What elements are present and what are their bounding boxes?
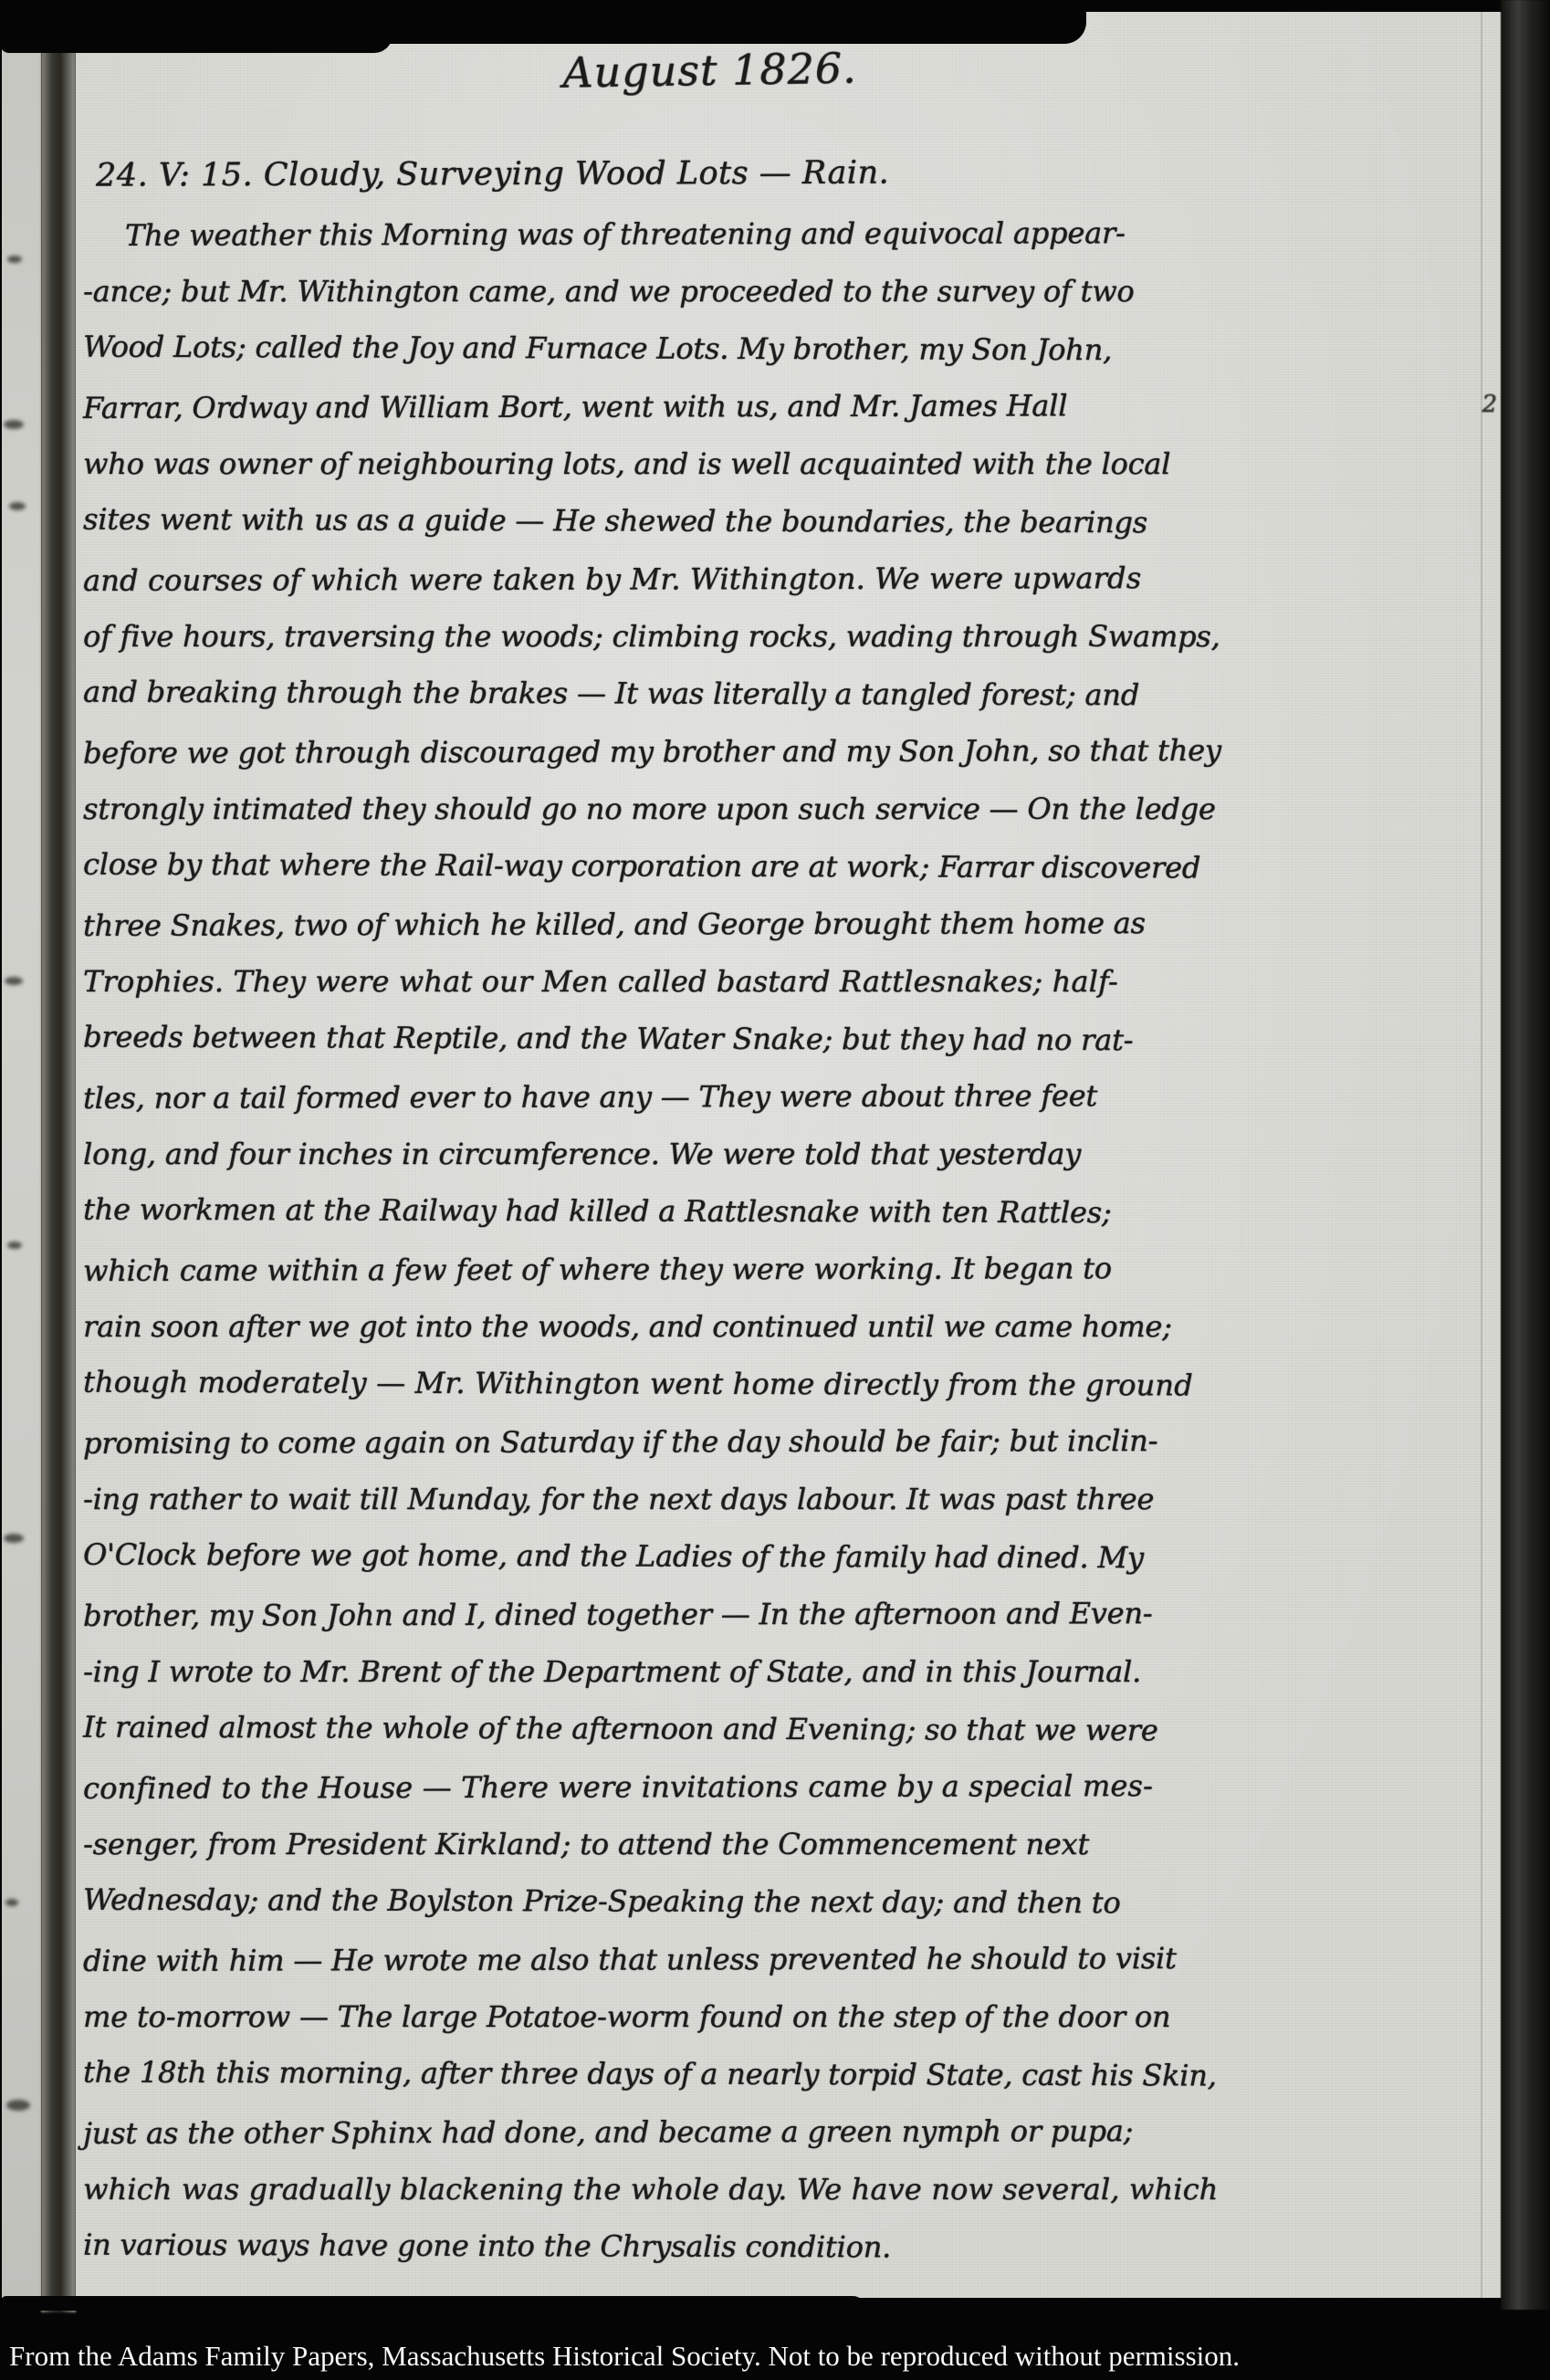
journal-line: breeds between that Reptile, and the Wat…	[83, 1009, 1497, 1071]
journal-line: rain soon after we got into the woods, a…	[83, 1298, 1497, 1356]
previous-page-edge	[2, 27, 41, 2310]
journal-line: O'Clock before we got home, and the Ladi…	[83, 1526, 1497, 1588]
journal-line: just as the other Sphinx had done, and b…	[83, 2102, 1497, 2163]
journal-line: strongly intimated they should go no mor…	[83, 781, 1497, 838]
archive-credit-line: From the Adams Family Papers, Massachuse…	[9, 2340, 1240, 2373]
journal-line: -ing I wrote to Mr. Brent of the Departm…	[83, 1643, 1497, 1701]
journal-line: three Snakes, two of which he killed, an…	[83, 894, 1497, 955]
entry-body: The weather this Morning was of threaten…	[83, 205, 1497, 2276]
journal-line: in various ways have gone into the Chrys…	[83, 2217, 1497, 2279]
journal-line: -ing rather to wait till Munday, for the…	[83, 1471, 1497, 1528]
ink-bleed-mark	[7, 256, 22, 263]
journal-page: August 1826. 24. V: 15. Cloudy, Surveyin…	[76, 12, 1503, 2298]
journal-line: of five hours, traversing the woods; cli…	[83, 608, 1497, 666]
journal-line: and courses of which were taken by Mr. W…	[83, 549, 1497, 610]
journal-line: and breaking through the brakes — It was…	[83, 664, 1497, 726]
ink-bleed-mark	[4, 1534, 24, 1543]
journal-line: confined to the House — There were invit…	[83, 1756, 1497, 1818]
ink-bleed-mark	[5, 1899, 18, 1906]
manuscript-scan: August 1826. 24. V: 15. Cloudy, Surveyin…	[0, 0, 1550, 2380]
journal-line: which was gradually blackening the whole…	[83, 2161, 1497, 2218]
journal-line: Farrar, Ordway and William Bort, went wi…	[83, 376, 1497, 437]
entry-heading: 24. V: 15. Cloudy, Surveying Wood Lots —…	[96, 154, 889, 194]
journal-line: the 18th this morning, after three days …	[83, 2044, 1497, 2106]
journal-line: sites went with us as a guide — He shewe…	[83, 491, 1497, 553]
ink-bleed-mark	[5, 977, 23, 985]
journal-line: dine with him — He wrote me also that un…	[83, 1929, 1497, 1990]
journal-line: though moderately — Mr. Withington went …	[83, 1354, 1497, 1416]
journal-line: Wood Lots; called the Joy and Furnace Lo…	[83, 319, 1497, 381]
journal-line: -senger, from President Kirkland; to att…	[83, 1816, 1497, 1873]
book-gutter	[41, 26, 76, 2312]
journal-line: promising to come again on Saturday if t…	[83, 1411, 1497, 1473]
margin-mark: 2	[1482, 391, 1497, 418]
journal-line: the workmen at the Railway had killed a …	[83, 1181, 1497, 1243]
journal-line: which came within a few feet of where th…	[83, 1239, 1497, 1300]
journal-line: me to-morrow — The large Potatoe-worm fo…	[83, 1988, 1497, 2046]
ink-bleed-mark	[7, 1242, 22, 1249]
ink-bleed-mark	[4, 420, 24, 429]
journal-line: -ance; but Mr. Withington came, and we p…	[83, 263, 1497, 320]
ink-bleed-mark	[6, 2100, 30, 2111]
journal-line: close by that where the Rail-way corpora…	[83, 836, 1497, 898]
book-page-edge	[1501, 0, 1550, 2310]
journal-line: who was owner of neighbouring lots, and …	[83, 435, 1497, 493]
journal-line: before we got through discouraged my bro…	[83, 721, 1497, 782]
journal-line: Trophies. They were what our Men called …	[83, 953, 1497, 1011]
scan-border-top-left	[0, 0, 393, 53]
journal-line: It rained almost the whole of the aftern…	[83, 1699, 1497, 1761]
handwriting-layer: August 1826. 24. V: 15. Cloudy, Surveyin…	[76, 12, 1503, 2298]
journal-line: tles, nor a tail formed ever to have any…	[83, 1066, 1497, 1127]
journal-line: Wednesday; and the Boylston Prize-Speaki…	[83, 1871, 1497, 1934]
journal-line: brother, my Son John and I, dined togeth…	[83, 1584, 1497, 1645]
ink-bleed-mark	[9, 502, 26, 510]
journal-line: The weather this Morning was of threaten…	[83, 204, 1497, 265]
scan-border-bottom	[0, 2296, 867, 2311]
journal-line: long, and four inches in circumference. …	[83, 1126, 1497, 1183]
